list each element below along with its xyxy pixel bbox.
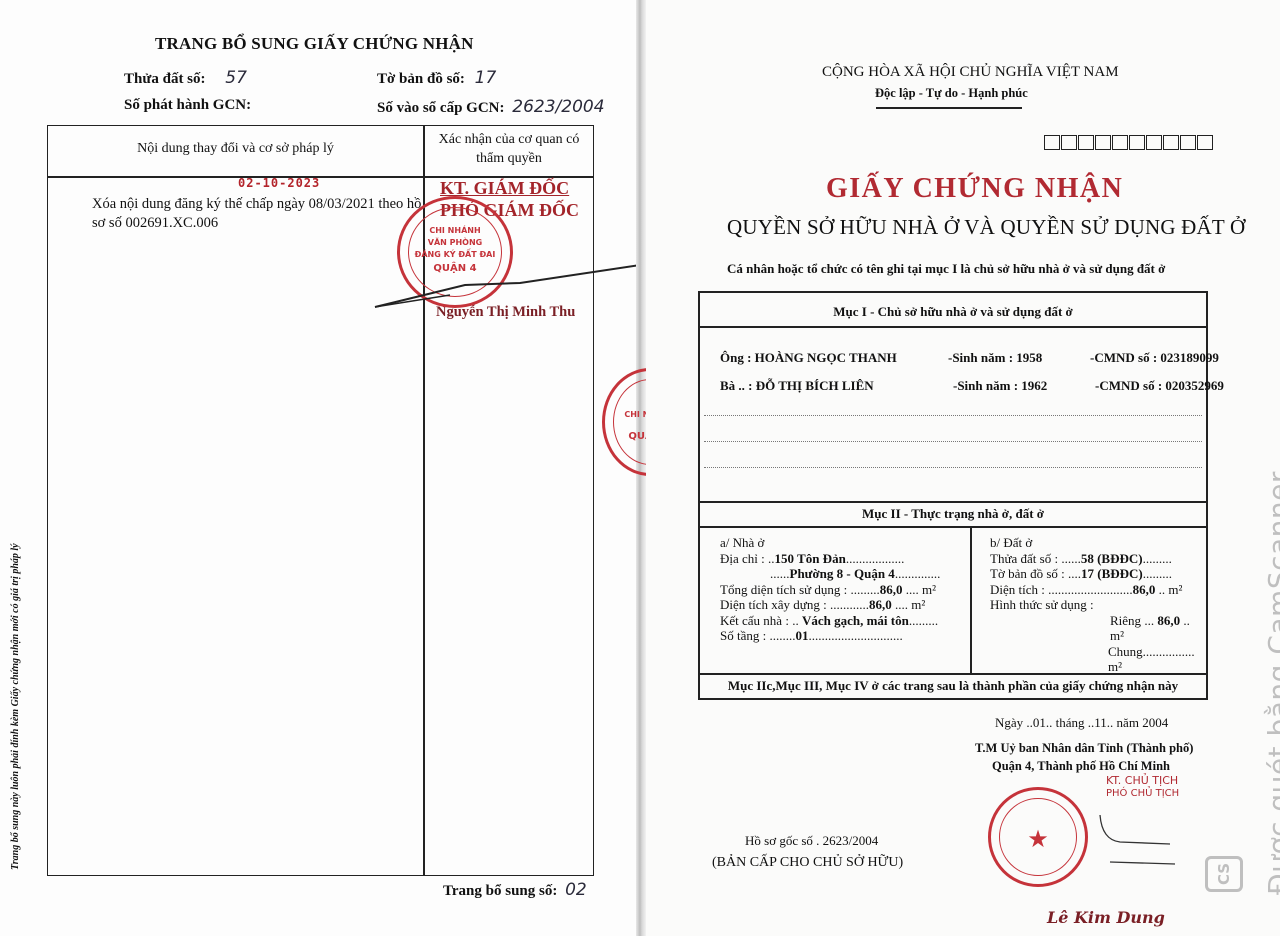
serial-box <box>1197 135 1213 150</box>
certificate-table: Mục I - Chủ sở hữu nhà ở và sử dụng đất … <box>698 291 1208 700</box>
owner-row: Bà .. : ĐỖ THỊ BÍCH LIÊN -Sinh năm : 196… <box>720 378 874 394</box>
house-address-2: ......Phường 8 - Quận 4.............. <box>720 566 940 582</box>
page-number-label: Trang bổ sung số: <box>443 883 557 899</box>
signature-stroke <box>1090 810 1180 870</box>
built-area-value: 86,0 <box>869 597 892 612</box>
area-unit: m² <box>1110 628 1124 643</box>
house-total-area: Tổng diện tích sử dụng : .........86,0 .… <box>720 582 940 598</box>
date-stamp: 02-10-2023 <box>238 176 320 190</box>
structure-label: Kết cấu nhà : <box>720 613 789 628</box>
peoples-committee-stamp: ★ <box>988 787 1088 887</box>
area-unit: m² <box>1168 582 1182 597</box>
owner-title: Ông : <box>720 350 751 365</box>
column-header-changes: Nội dung thay đổi và cơ sở pháp lý <box>48 141 423 157</box>
issuing-authority: T.M Uỷ ban Nhân dân Tỉnh (Thành phố) <box>975 741 1193 756</box>
motto-underline <box>876 107 1022 109</box>
birth-year: 1958 <box>1016 350 1042 365</box>
supplement-page-number: Trang bổ sung số: 02 <box>443 880 587 900</box>
section2-rule <box>700 526 1206 528</box>
owner-name: HOÀNG NGỌC THANH <box>755 350 897 365</box>
private-value: 86,0 <box>1157 613 1180 628</box>
id-label: -CMND số : <box>1095 378 1162 393</box>
house-section: a/ Nhà ở Địa chỉ : ..150 Tôn Đản........… <box>720 535 940 644</box>
id-number: 023189099 <box>1160 350 1219 365</box>
land-parcel: Thửa đất số : ......58 (BĐĐC)......... <box>990 551 1206 567</box>
owner-birth: -Sinh năm : 1962 <box>953 378 1047 394</box>
copy-designation: (BẢN CẤP CHO CHỦ SỞ HỮU) <box>712 855 903 871</box>
section2-header: Mục II - Thực trạng nhà ở, đất ở <box>700 506 1206 522</box>
stamp-line: CHI NHÁNH <box>400 225 510 236</box>
serial-box <box>1078 135 1094 150</box>
address-line1: 150 Tôn Đản <box>775 551 846 566</box>
house-heading: a/ Nhà ở <box>720 535 940 551</box>
stamp-line: VĂN PHÒNG <box>400 237 510 248</box>
serial-box <box>1112 135 1128 150</box>
owner-title: Bà .. : <box>720 378 753 393</box>
structure-value: Vách gạch, mái tôn <box>802 613 909 628</box>
id-label: -CMND số : <box>1090 350 1157 365</box>
land-usage: Hình thức sử dụng : <box>990 597 1206 613</box>
side-note: Trang bổ sung này luôn phải đính kèm Giấ… <box>10 510 21 870</box>
owner-row: Ông : HOÀNG NGỌC THANH -Sinh năm : 1958 … <box>720 350 897 366</box>
issuing-district: Quận 4, Thành phố Hồ Chí Minh <box>992 759 1170 774</box>
address-label: Địa chỉ : <box>720 551 765 566</box>
parcel-label: Thửa đất số: <box>124 71 206 87</box>
signature-stroke <box>370 255 645 315</box>
owner-id: -CMND số : 023189099 <box>1090 350 1219 366</box>
map-sheet-field: Tờ bản đồ số: 17 <box>377 68 496 88</box>
built-area-label: Diện tích xây dựng : <box>720 597 827 612</box>
issue-no-field: Số phát hành GCN: <box>124 97 251 114</box>
blank-line <box>704 467 1202 468</box>
land-section: b/ Đất ở Thửa đất số : ......58 (BĐĐC)..… <box>990 535 1206 675</box>
floors-label: Số tầng : <box>720 628 766 643</box>
blank-line <box>704 441 1202 442</box>
land-private: Riêng ... 86,0 .. m² <box>990 613 1206 644</box>
area-unit: m² <box>911 597 925 612</box>
map-sheet-label: Tờ bản đồ số: <box>377 71 465 87</box>
serial-box <box>1044 135 1060 150</box>
nation-header: CỘNG HÒA XÃ HỘI CHỦ NGHĨA VIỆT NAM <box>822 64 1119 81</box>
parcel-field: Thửa đất số: 57 <box>124 68 247 88</box>
area-unit: m² <box>922 582 936 597</box>
house-built-area: Diện tích xây dựng : ............86,0 ..… <box>720 597 940 613</box>
signer-title-2: PHÓ CHỦ TỊCH <box>1106 788 1179 799</box>
serial-box <box>1129 135 1145 150</box>
motto: Độc lập - Tự do - Hạnh phúc <box>875 86 1028 101</box>
star-emblem-icon: ★ <box>991 826 1085 852</box>
section1-rule <box>700 326 1206 328</box>
serial-box <box>1180 135 1196 150</box>
certificate-intro: Cá nhân hoặc tổ chức có tên ghi tại mục … <box>727 261 1165 277</box>
serial-box <box>1061 135 1077 150</box>
floors-value: 01 <box>795 628 808 643</box>
land-map-value: 17 (BĐĐC) <box>1081 566 1143 581</box>
serial-box <box>1163 135 1179 150</box>
total-area-label: Tổng diện tích sử dụng : <box>720 582 847 597</box>
camscanner-logo-icon: CS <box>1205 856 1243 892</box>
section2-top-rule <box>700 501 1206 503</box>
owner-id: -CMND số : 020352969 <box>1095 378 1224 394</box>
certificate-title: GIẤY CHỨNG NHẬN <box>826 173 1123 205</box>
blank-line <box>704 415 1202 416</box>
birth-year: 1962 <box>1021 378 1047 393</box>
map-sheet-value: 17 <box>475 68 497 88</box>
issue-no-label: Số phát hành GCN: <box>124 97 251 113</box>
owner-birth: -Sinh năm : 1958 <box>948 350 1042 366</box>
land-heading: b/ Đất ở <box>990 535 1206 551</box>
house-structure: Kết cấu nhà : .. Vách gạch, mái tôn.....… <box>720 613 940 629</box>
scanner-watermark: Được quét bằng CamScanner <box>1262 471 1280 895</box>
continuation-note: Mục IIc,Mục III, Mục IV ở các trang sau … <box>700 678 1206 694</box>
land-area-value: 86,0 <box>1133 582 1156 597</box>
private-label: Riêng <box>1110 613 1141 628</box>
shared-label: Chung <box>1108 644 1143 659</box>
certificate-subtitle: QUYỀN SỞ HỮU NHÀ Ở VÀ QUYỀN SỬ DỤNG ĐẤT … <box>727 215 1245 240</box>
address-line2: Phường 8 - Quận 4 <box>790 566 895 581</box>
serial-number-boxes <box>1044 135 1214 150</box>
register-no-label: Số vào sổ cấp GCN: <box>377 100 505 116</box>
land-map-label: Tờ bản đồ số : <box>990 566 1065 581</box>
section2-divider <box>970 527 972 674</box>
signer-name: Lê Kim Dung <box>1047 908 1165 927</box>
total-area-value: 86,0 <box>880 582 903 597</box>
supplement-title: TRANG BỔ SUNG GIẤY CHỨNG NHẬN <box>155 34 474 54</box>
serial-box <box>1146 135 1162 150</box>
land-parcel-value: 58 (BĐĐC) <box>1081 551 1143 566</box>
change-entry: Xóa nội dung đăng ký thế chấp ngày 08/03… <box>92 195 432 233</box>
parcel-value: 57 <box>225 68 247 88</box>
land-area-label: Diện tích : <box>990 582 1045 597</box>
land-shared: Chung................ m² <box>990 644 1206 675</box>
section1-header: Mục I - Chủ sở hữu nhà ở và sử dụng đất … <box>700 304 1206 320</box>
section2-bottom-rule <box>700 673 1206 675</box>
id-number: 020352969 <box>1165 378 1224 393</box>
column-header-confirmation: Xác nhận của cơ quan có thẩm quyền <box>425 130 593 168</box>
signer-title-1: KT. CHỦ TỊCH <box>1106 774 1178 787</box>
birth-label: -Sinh năm : <box>953 378 1018 393</box>
register-no-value: 2623/2004 <box>512 97 604 117</box>
land-map: Tờ bản đồ số : ....17 (BĐĐC)......... <box>990 566 1206 582</box>
register-no-field: Số vào sổ cấp GCN: 2623/2004 <box>377 97 605 117</box>
house-floors: Số tầng : ........01....................… <box>720 628 940 644</box>
issue-date: Ngày ..01.. tháng ..11.. năm 2004 <box>995 715 1168 731</box>
area-unit: m² <box>1108 659 1122 674</box>
serial-box <box>1095 135 1111 150</box>
changes-table: Nội dung thay đổi và cơ sở pháp lý Xác n… <box>47 125 594 876</box>
house-address: Địa chỉ : ..150 Tôn Đản.................… <box>720 551 940 567</box>
land-area: Diện tích : ..........................86… <box>990 582 1206 598</box>
land-parcel-label: Thửa đất số : <box>990 551 1058 566</box>
birth-label: -Sinh năm : <box>948 350 1013 365</box>
page-number-value: 02 <box>565 880 587 900</box>
owner-name: ĐỖ THỊ BÍCH LIÊN <box>756 378 874 393</box>
original-file-number: Hồ sơ gốc số . 2623/2004 <box>745 833 878 849</box>
